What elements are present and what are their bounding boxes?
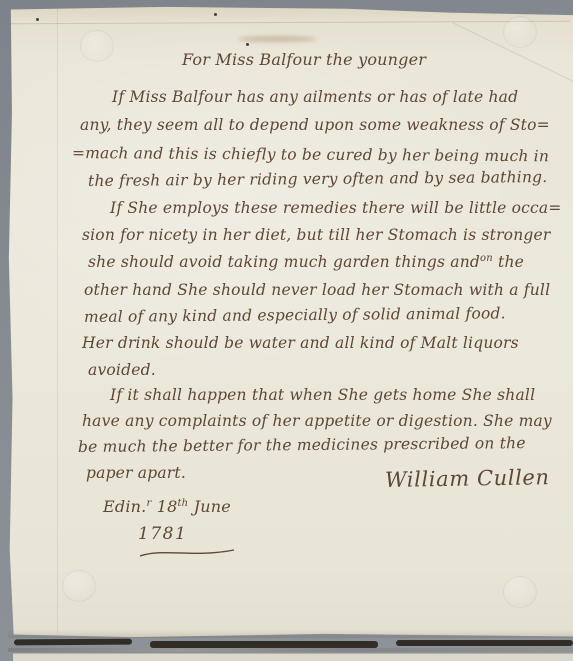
- emboss-mark: [80, 30, 114, 62]
- page-edge-dark: [150, 641, 378, 648]
- letter-line: If She employs these remedies there will…: [110, 199, 562, 217]
- signature: William Cullen: [385, 465, 550, 492]
- next-page-edge: [13, 653, 573, 661]
- dateline-day: 18: [151, 497, 177, 516]
- letter-line: paper apart.: [86, 464, 186, 482]
- ink-speck: [246, 43, 249, 46]
- letter-line: =mach and this is chiefly to be cured by…: [72, 144, 549, 165]
- page-edge-dark: [14, 639, 132, 646]
- letter-line: If it shall happen that when She gets ho…: [110, 386, 535, 404]
- photo-backdrop: For Miss Balfour the younger If Miss Bal…: [0, 0, 573, 661]
- inserted-word: on: [480, 253, 493, 264]
- ink-speck: [36, 18, 39, 21]
- letter-line: she should avoid taking much garden thin…: [88, 253, 524, 271]
- letter-line-text: the: [493, 253, 524, 271]
- letter-line: meal of any kind and especially of solid…: [84, 304, 506, 326]
- letter-line: avoided.: [88, 361, 156, 379]
- letter-line: sion for nicety in her diet, but till he…: [82, 226, 551, 244]
- letter-line-text: she should avoid taking much garden thin…: [88, 253, 480, 271]
- ink-speck: [214, 13, 217, 16]
- paper-bottom-shadow: [8, 630, 573, 638]
- letter-line: Her drink should be water and all kind o…: [82, 334, 519, 352]
- emboss-mark: [503, 576, 537, 608]
- letter-line: other hand She should never load her Sto…: [84, 281, 550, 299]
- letter-line: have any complaints of her appetite or d…: [82, 412, 552, 430]
- letter-heading: For Miss Balfour the younger: [182, 50, 426, 69]
- vertical-fold-crease: [57, 8, 58, 633]
- dateline-day-sup: th: [177, 498, 188, 509]
- letter-line: any, they seem all to depend upon some w…: [80, 116, 550, 134]
- flourish-underline: [138, 546, 238, 560]
- emboss-mark: [503, 16, 537, 48]
- dateline-month: June: [188, 497, 231, 516]
- dateline-place: Edin.: [103, 497, 146, 516]
- dateline-year: 1781: [138, 524, 187, 544]
- dateline: Edin.r 18th June: [103, 497, 231, 516]
- ink-smudge: [238, 36, 316, 42]
- binding-edge-line: [8, 648, 573, 652]
- emboss-mark: [62, 570, 96, 602]
- page-edge-dark: [396, 640, 573, 646]
- letter-line: If Miss Balfour has any ailments or has …: [112, 88, 518, 106]
